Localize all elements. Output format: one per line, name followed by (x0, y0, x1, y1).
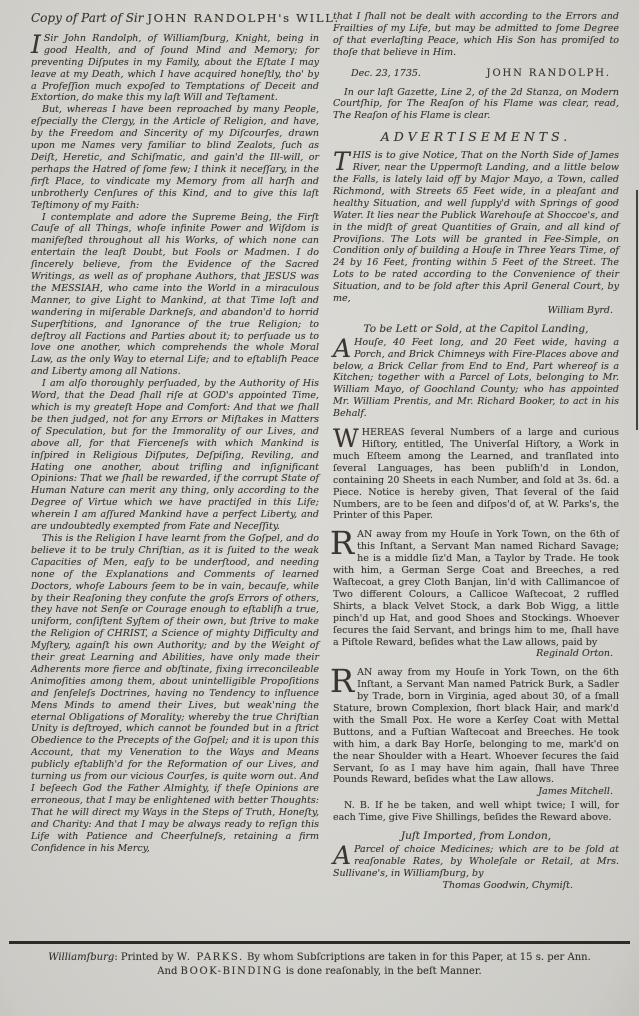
ad-burk-text: RAN away from my Houſe in York Town, on … (333, 667, 619, 786)
will-paragraph-1-text: Sir John Randolph, of Williamſburg, Knig… (31, 33, 319, 104)
ad-imported-medicines: Juſt Imported, from London, AParcel of c… (333, 831, 619, 892)
advertisements-heading: ADVERTISEMENTS. (333, 131, 619, 143)
ad-medicines-heading: Juſt Imported, from London, (333, 831, 619, 843)
ad-richmond-town-text: THIS is to give Notice, That on the Nort… (333, 150, 619, 305)
ad-house-capitol-landing: To be Lett or Sold, at the Capitol Landi… (333, 324, 619, 420)
ad-house-heading: To be Lett or Sold, at the Capitol Landi… (333, 324, 619, 336)
will-signature: JOHN RANDOLPH. (487, 68, 611, 80)
signature-james-mitchell: James Mitchell. (333, 786, 619, 798)
imprint-mid: : Printed by (114, 952, 176, 963)
imprint-line-1: Williamſburg: Printed by W. PARKS. By wh… (0, 951, 639, 965)
will-date: Dec. 23, 1735. (351, 68, 421, 80)
left-column: Copy of Part of Sir JOHN RANDOLPH's WILL… (31, 11, 319, 854)
will-paragraph-3: I contemplate and adore the Supreme Bein… (31, 212, 319, 379)
drop-cap-t: T (333, 150, 353, 171)
will-dateline: Dec. 23, 1735. JOHN RANDOLPH. (333, 68, 619, 80)
imprint-bookbinding: BOOK-BINDING (181, 966, 283, 977)
right-column: that I ſhall not be dealt with according… (333, 11, 619, 892)
ad-burk-nota-bene: N. B. If he be taken, and well whipt twi… (333, 800, 619, 824)
ad-runaway-richard-savage: RAN away from my Houſe in York Town, on … (333, 529, 619, 660)
ad-medicines-body: Parcel of choice Medicines; which are to… (333, 844, 619, 879)
imprint-printer: W. PARKS. (177, 952, 244, 963)
ad-universal-history-body: HEREAS ſeveral Numbers of a large and cu… (333, 427, 619, 521)
ad-runaway-patrick-burk: RAN away from my Houſe in York Town, on … (333, 667, 619, 824)
imprint-footer: Williamſburg: Printed by W. PARKS. By wh… (0, 951, 639, 979)
drop-cap-r2: R (330, 667, 357, 694)
imprint-and: And (157, 966, 180, 977)
drop-cap-a: A (333, 337, 354, 358)
footer-rule (9, 941, 630, 944)
ad-richmond-town-body: HIS is to give Notice, That on the North… (333, 150, 619, 304)
imprint-line-2: And BOOK-BINDING is done reaſonably, in … (0, 965, 639, 979)
gazette-correction: In our laſt Gazette, Line 2, of the 2d S… (333, 87, 619, 123)
ad-savage-text: RAN away from my Houſe in York Town, on … (333, 529, 619, 648)
will-heading-name: JOHN RANDOLPH's WILL. (147, 11, 340, 25)
ad-universal-history-text: WHEREAS ſeveral Numbers of a large and c… (333, 427, 619, 522)
will-paragraph-4: I am alſo thoroughly perſuaded, by the A… (31, 378, 319, 533)
drop-cap-i: I (31, 33, 44, 54)
scan-artifact (636, 190, 638, 430)
drop-cap-a2: A (333, 844, 354, 865)
imprint-line2-rest: is done reaſonably, in the beſt Manner. (283, 966, 482, 977)
will-paragraph-1: ISir John Randolph, of Williamſburg, Kni… (31, 33, 319, 104)
will-heading: Copy of Part of Sir JOHN RANDOLPH's WILL… (31, 13, 319, 25)
drop-cap-w: W (333, 427, 362, 448)
ad-burk-body: AN away from my Houſe in York Town, on t… (333, 667, 619, 785)
will-paragraph-5: This is the Religion I have learnt from … (31, 533, 319, 854)
signature-william-byrd: William Byrd. (333, 305, 619, 317)
signature-reginald-orton: Reginald Orton. (333, 648, 619, 660)
drop-cap-r: R (330, 529, 357, 556)
imprint-rest: By whom Subſcriptions are taken in for t… (244, 952, 591, 963)
imprint-place: Williamſburg (48, 952, 114, 963)
will-heading-prefix: Copy of Part of Sir (31, 11, 147, 25)
will-paragraph-2: But, whereas I have been reproached by m… (31, 104, 319, 211)
ad-universal-history: WHEREAS ſeveral Numbers of a large and c… (333, 427, 619, 522)
ad-richmond-town: THIS is to give Notice, That on the Nort… (333, 150, 619, 317)
ad-savage-body: AN away from my Houſe in York Town, on t… (333, 529, 619, 647)
ad-house-body: Houſe, 40 Feet long, and 20 Feet wide, h… (333, 337, 619, 419)
will-continuation: that I ſhall not be dealt with according… (333, 11, 619, 59)
signature-thomas-goodwin: Thomas Goodwin, Chymiſt. (333, 880, 619, 892)
newspaper-page: Copy of Part of Sir JOHN RANDOLPH's WILL… (0, 0, 639, 1016)
ad-house-text: AHouſe, 40 Feet long, and 20 Feet wide, … (333, 337, 619, 420)
ad-medicines-text: AParcel of choice Medicines; which are t… (333, 844, 619, 880)
